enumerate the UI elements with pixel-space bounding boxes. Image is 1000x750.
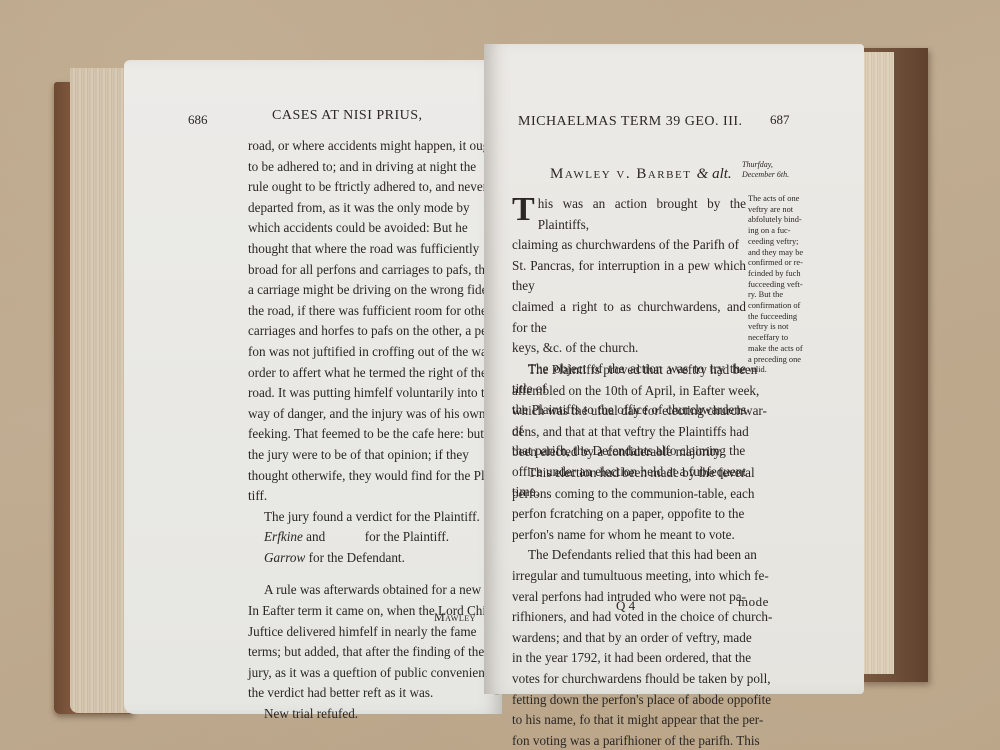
text-line: fon voting was a parifhioner of the pari… (512, 731, 786, 750)
text-line: St. Pancras, for interruption in a pew w… (512, 258, 746, 294)
text-line: perfons coming to the communion-table, e… (512, 484, 786, 505)
marginal-line: ing on a fuc- (748, 226, 816, 237)
marginal-line: abfolutely bind- (748, 215, 816, 226)
text-line: to his name, fo that it might appear tha… (512, 710, 786, 731)
marginal-note: The acts of one veftry are not abfolutel… (748, 194, 816, 376)
counsel-defendant-rest: for the Defendant. (305, 550, 405, 565)
marginal-line: neceffary to (748, 333, 816, 344)
marginal-line: and they may be (748, 248, 816, 259)
text-line: his was an action brought by the Plainti… (538, 196, 746, 232)
counsel-plaintiff-rest: and for the Plaintiff. (303, 529, 449, 544)
marginal-line: fcinded by fuch (748, 269, 816, 280)
text-line: keys, &c. of the church. (512, 340, 638, 355)
date-note: Thurfday, December 6th. (742, 160, 789, 180)
marginal-line: make the acts of (748, 344, 816, 355)
left-page-number: 686 (188, 112, 208, 128)
right-page-number: 687 (770, 112, 790, 128)
page-edges-left (70, 68, 130, 713)
text-line: This election had been made by the fever… (512, 463, 786, 484)
date-note-day: Thurfday, (742, 160, 789, 170)
text-line: been elected by a confiderable majority. (512, 442, 786, 463)
text-line: affembled on the 10th of April, in Eafte… (512, 381, 786, 402)
text-line: votes for churchwardens fhould be taken … (512, 669, 786, 690)
left-running-head: CASES AT NISI PRIUS, (272, 108, 423, 124)
drop-cap: T (512, 196, 535, 224)
date-note-date: December 6th. (742, 170, 789, 180)
text-line: rifhioners, and had voted in the choice … (512, 607, 786, 628)
left-page: 686 CASES AT NISI PRIUS, road, or where … (124, 60, 502, 714)
marginal-line: fucceeding veft- (748, 280, 816, 291)
marginal-line: ceeding veftry; (748, 237, 816, 248)
counsel-plaintiff-name: Erfkine (264, 529, 303, 544)
marginal-line: veftry is not (748, 322, 816, 333)
text-line: wardens; and that by an order of veftry,… (512, 628, 786, 649)
marginal-line: confirmation of (748, 301, 816, 312)
signature-mark: Q 4 (616, 598, 635, 614)
right-body-text-lower: The Plaintiffs proved that a veftry had … (512, 360, 786, 750)
left-catchword: Mawley (434, 610, 476, 625)
marginal-line: veftry are not (748, 205, 816, 216)
right-catchword: mode (738, 594, 769, 610)
right-running-head: MICHAELMAS TERM 39 GEO. III. (518, 114, 743, 130)
text-line: The Plaintiffs proved that a veftry had … (512, 360, 786, 381)
case-title: Mawley v. Barbet & alt. (550, 166, 732, 183)
marginal-line: the fucceeding (748, 312, 816, 323)
case-title-suffix: & alt. (697, 166, 732, 182)
text-line: which was the ufual day for electing chu… (512, 401, 786, 422)
text-line: dens, and that at that veftry the Plaint… (512, 422, 786, 443)
marginal-line: confirmed or re- (748, 258, 816, 269)
text-line: claimed a right to as churchwardens, and… (512, 299, 746, 335)
text-line: irregular and tumultuous meeting, into w… (512, 566, 786, 587)
marginal-line: The acts of one (748, 194, 816, 205)
counsel-defendant-name: Garrow (264, 550, 305, 565)
text-line: The Defendants relied that this had been… (512, 545, 786, 566)
paragraph-1: T his was an action brought by the Plain… (512, 194, 746, 359)
case-title-parties: Mawley v. Barbet (550, 166, 691, 182)
text-line: claiming as churchwardens of the Parifh … (512, 237, 739, 252)
text-line: in the year 1792, it had been ordered, t… (512, 648, 786, 669)
marginal-line: ry. But the (748, 290, 816, 301)
right-page: MICHAELMAS TERM 39 GEO. III. 687 Mawley … (484, 44, 864, 694)
text-line: fetting down the perfon's place of abode… (512, 690, 786, 711)
text-line: perfon fcratching on a paper, oppofite t… (512, 504, 786, 525)
text-line: perfon's name for whom he meant to vote. (512, 525, 786, 546)
